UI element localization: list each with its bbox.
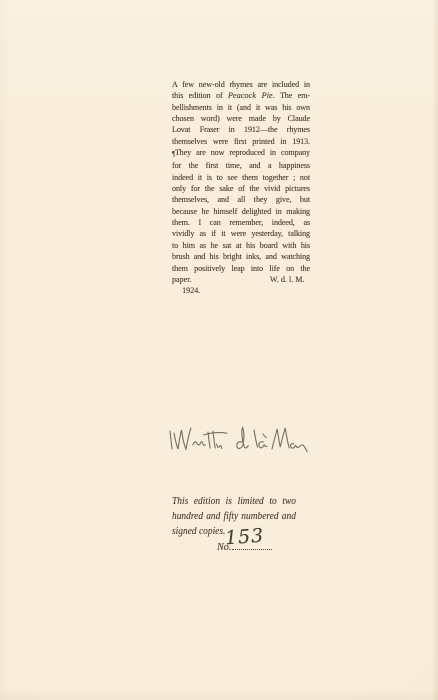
- colophon-line: indeed it is to see them together ; not: [172, 172, 310, 183]
- colophon-date: 1924.: [172, 285, 310, 296]
- colophon-line: bellishments in it (and it was his own: [172, 102, 310, 113]
- colophon-line: this edition of Peacock Pie. The em-: [172, 90, 310, 101]
- colophon-last-word: paper.: [172, 274, 192, 285]
- colophon-line: themselves were first printed in 1913.: [172, 136, 310, 147]
- colophon-line: Lovat Fraser in 1912—the rhymes: [172, 124, 310, 135]
- limitation-statement: This edition is limited to twohundred an…: [172, 495, 306, 556]
- colophon-line: chosen word) were made by Claude: [172, 113, 310, 124]
- colophon-lines: A few new-old rhymes are included inthis…: [172, 79, 322, 274]
- colophon-line: A few new-old rhymes are included in: [172, 79, 310, 90]
- colophon-line: ¶They are now reproduced in company: [172, 147, 310, 160]
- limitation-line: hundred and fifty numbered and: [172, 510, 296, 525]
- colophon-line: them. I can remember, indeed, as: [172, 217, 310, 228]
- colophon-line: themselves, and all they give, but: [172, 194, 310, 205]
- limitation-line: This edition is limited to two: [172, 495, 296, 510]
- colophon-line: brush and his bright inks, and watching: [172, 251, 310, 262]
- walter-de-la-mare-signature-icon: [166, 422, 308, 460]
- copy-number-line: No. 153: [172, 540, 306, 556]
- colophon-line: vividly as if it were yesterday, talking: [172, 228, 310, 239]
- colophon-paragraph: A few new-old rhymes are included inthis…: [172, 79, 322, 297]
- author-signature: [166, 422, 308, 460]
- book-page: A few new-old rhymes are included inthis…: [0, 0, 438, 700]
- copy-number-value: 153: [225, 529, 265, 546]
- colophon-line: them positively leap into life on the: [172, 263, 310, 274]
- colophon-line: for the first time, and a happiness: [172, 160, 310, 171]
- author-initials: W. d. l. M.: [270, 274, 305, 285]
- colophon-line: only for the sake of the vivid pictures: [172, 183, 310, 194]
- colophon-line: to him as he sat at his board with his: [172, 240, 310, 251]
- colophon-line: because he himself delighted in making: [172, 206, 310, 217]
- colophon-signoff-line: paper. W. d. l. M.: [172, 274, 310, 285]
